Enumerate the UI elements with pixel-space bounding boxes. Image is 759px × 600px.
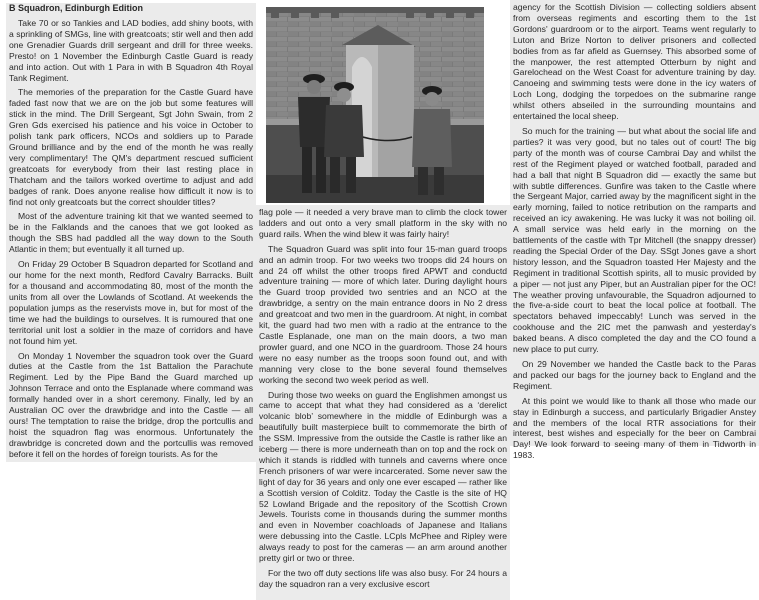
paragraph: For the two off duty sections life was a… xyxy=(259,568,507,590)
paragraph: During those two weeks on guard the Engl… xyxy=(259,390,507,565)
paragraph: agency for the Scottish Division — colle… xyxy=(513,2,756,122)
article-column-left-lower: units from all over the Lowlands of Scot… xyxy=(6,290,256,462)
article-column-left-upper: B Squadron, Edinburgh Edition Take 70 or… xyxy=(6,3,256,290)
paragraph: On Monday 1 November the squadron took o… xyxy=(9,351,253,460)
photo-illustration xyxy=(266,7,484,203)
paragraph: At this point we would like to thank all… xyxy=(513,396,756,461)
article-column-middle: flag pole — it needed a very brave man t… xyxy=(256,205,510,600)
paragraph: Most of the adventure training kit that … xyxy=(9,211,253,255)
paragraph: On 29 November we handed the Castle back… xyxy=(513,359,756,392)
paragraph: Take 70 or so Tankies and LAD bodies, ad… xyxy=(9,18,253,83)
article-title: B Squadron, Edinburgh Edition xyxy=(9,3,253,14)
paragraph: So much for the training — but what abou… xyxy=(513,126,756,355)
article-column-right: agency for the Scottish Division — colle… xyxy=(510,0,759,446)
paragraph: units from all over the Lowlands of Scot… xyxy=(9,292,253,347)
paragraph: The Squadron Guard was split into four 1… xyxy=(259,244,507,386)
paragraph: The memories of the preparation for the … xyxy=(9,87,253,207)
paragraph: flag pole — it needed a very brave man t… xyxy=(259,207,507,240)
soldiers-sentry-box-photo xyxy=(266,7,484,203)
